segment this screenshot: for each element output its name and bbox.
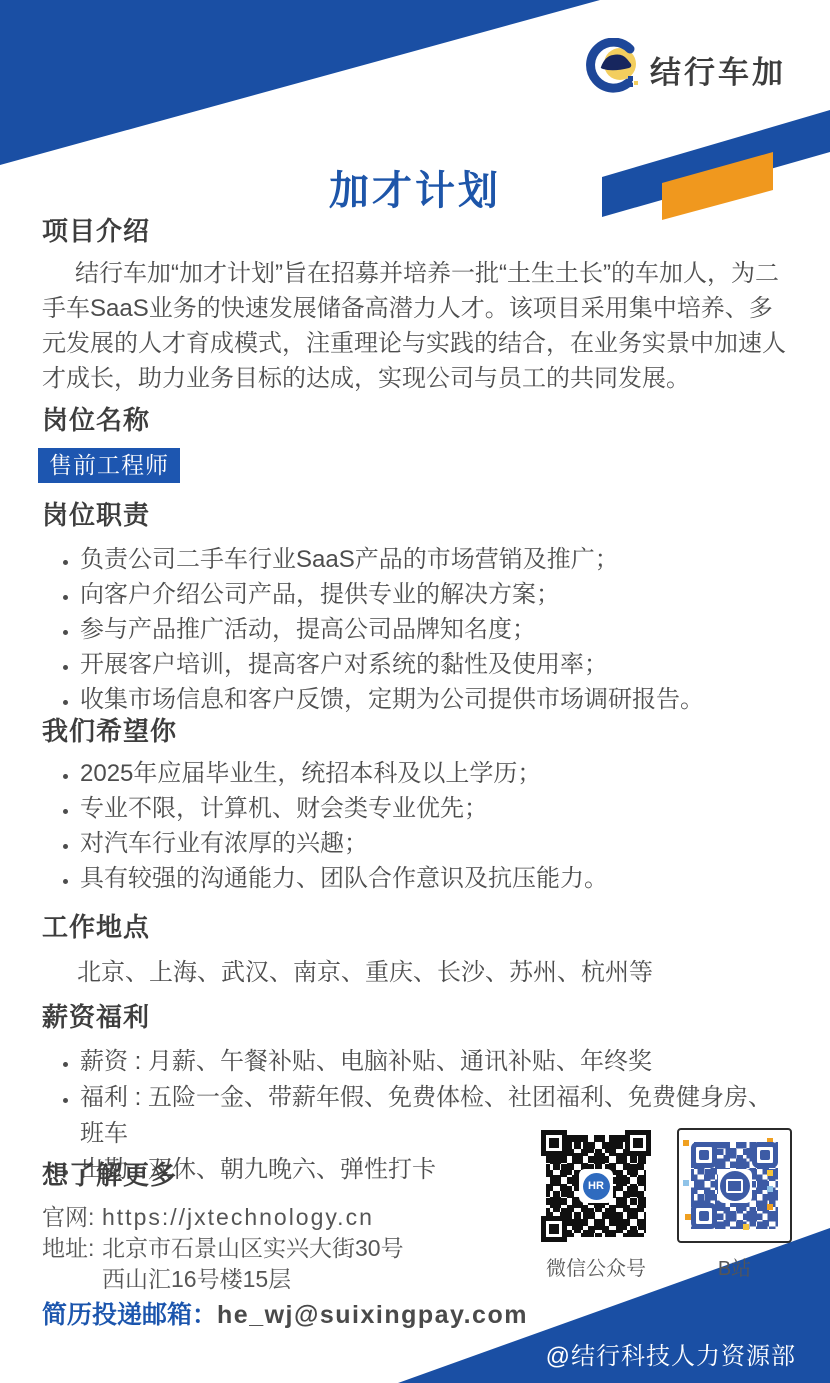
qr-position-marker [541, 1130, 567, 1156]
hr-logo-icon: HR [583, 1173, 610, 1200]
address-line2: 西山汇16号楼15层 [102, 1266, 291, 1292]
website-line: 官网: https://jxtechnology.cn [42, 1202, 512, 1233]
location-text: 北京、上海、武汉、南京、重庆、长沙、苏州、杭州等 [42, 958, 794, 988]
brand-logo: 结行车加 [584, 38, 786, 101]
website-url: https://jxtechnology.cn [102, 1202, 374, 1233]
duties-list-wrap: 负责公司二手车行业SaaS产品的市场营销及推广； 向客户介绍公司产品，提供专业的… [42, 542, 794, 717]
qr-position-marker [625, 1130, 651, 1156]
hopes-list: 2025年应届毕业生，统招本科及以上学历； 专业不限，计算机、财会类专业优先； … [42, 756, 794, 896]
list-item: 参与产品推广活动，提高公司品牌知名度； [80, 612, 794, 647]
duties-list: 负责公司二手车行业SaaS产品的市场营销及推广； 向客户介绍公司产品，提供专业的… [42, 542, 794, 717]
list-item: 收集市场信息和客户反馈，定期为公司提供市场调研报告。 [80, 682, 794, 717]
qr-accent-dots [683, 1140, 689, 1146]
wechat-qr-label: 微信公众号 [541, 1252, 651, 1281]
poster-title: 加才计划 [0, 168, 830, 214]
tv-icon [720, 1171, 750, 1201]
section-heading-hopes: 我们希望你 [42, 716, 794, 746]
qr-position-marker [752, 1142, 778, 1168]
address-label: 地址: [42, 1233, 102, 1295]
list-item: 具有较强的沟通能力、团队合作意识及抗压能力。 [80, 861, 794, 896]
contact-block: 官网: https://jxtechnology.cn 地址: 北京市石景山区实… [42, 1202, 512, 1295]
recruitment-poster: 结行车加 加才计划 项目介绍 结行车加“加才计划”旨在招募并培养一批“土生土长”… [0, 0, 830, 1383]
position-badge: 售前工程师 [38, 448, 180, 483]
list-item: 向客户介绍公司产品，提供专业的解决方案； [80, 577, 794, 612]
jiexing-e-logo-icon [584, 38, 642, 101]
address-line: 地址: 北京市石景山区实兴大街30号 西山汇16号楼15层 [42, 1233, 512, 1295]
bilibili-qr-code [677, 1128, 792, 1243]
qr-center-logo: HR [579, 1169, 613, 1203]
list-item: 对汽车行业有浓厚的兴趣； [80, 826, 794, 861]
section-heading-position: 岗位名称 [42, 405, 794, 435]
top-banner-shape [0, 0, 600, 165]
qr-position-marker [541, 1216, 567, 1242]
qr-position-marker [691, 1203, 717, 1229]
brand-name: 结行车加 [650, 47, 786, 92]
qr-center-logo [718, 1169, 752, 1203]
bilibili-qr-label: B站 [677, 1252, 792, 1281]
list-item: 负责公司二手车行业SaaS产品的市场营销及推广； [80, 542, 794, 577]
wechat-qr-code: HR [541, 1130, 651, 1242]
section-heading-benefits: 薪资福利 [42, 1002, 794, 1032]
section-heading-location: 工作地点 [42, 912, 794, 942]
email-row: 简历投递邮箱：he_wj@suixingpay.com [42, 1300, 528, 1330]
website-label: 官网: [42, 1202, 102, 1233]
list-item: 薪资 : 月薪、午餐补贴、电脑补贴、通讯补贴、年终奖 [80, 1044, 794, 1080]
intro-paragraph-wrap: 结行车加“加才计划”旨在招募并培养一批“土生土长”的车加人，为二手车SaaS业务… [42, 256, 794, 396]
footer-credit: @结行科技人力资源部 [546, 1336, 796, 1371]
list-item: 专业不限，计算机、财会类专业优先； [80, 791, 794, 826]
email-label: 简历投递邮箱： [42, 1301, 217, 1329]
section-heading-duties: 岗位职责 [42, 500, 794, 530]
email-value: he_wj@suixingpay.com [217, 1301, 528, 1329]
intro-paragraph: 结行车加“加才计划”旨在招募并培养一批“土生土长”的车加人，为二手车SaaS业务… [42, 256, 794, 396]
list-item: 开展客户培训，提高客户对系统的黏性及使用率； [80, 647, 794, 682]
address-line1: 北京市石景山区实兴大街30号 [102, 1235, 404, 1261]
list-item: 2025年应届毕业生，统招本科及以上学历； [80, 756, 794, 791]
section-heading-intro: 项目介绍 [42, 216, 794, 246]
address-value: 北京市石景山区实兴大街30号 西山汇16号楼15层 [102, 1233, 404, 1295]
qr-position-marker [691, 1142, 717, 1168]
hopes-list-wrap: 2025年应届毕业生，统招本科及以上学历； 专业不限，计算机、财会类专业优先； … [42, 756, 794, 896]
